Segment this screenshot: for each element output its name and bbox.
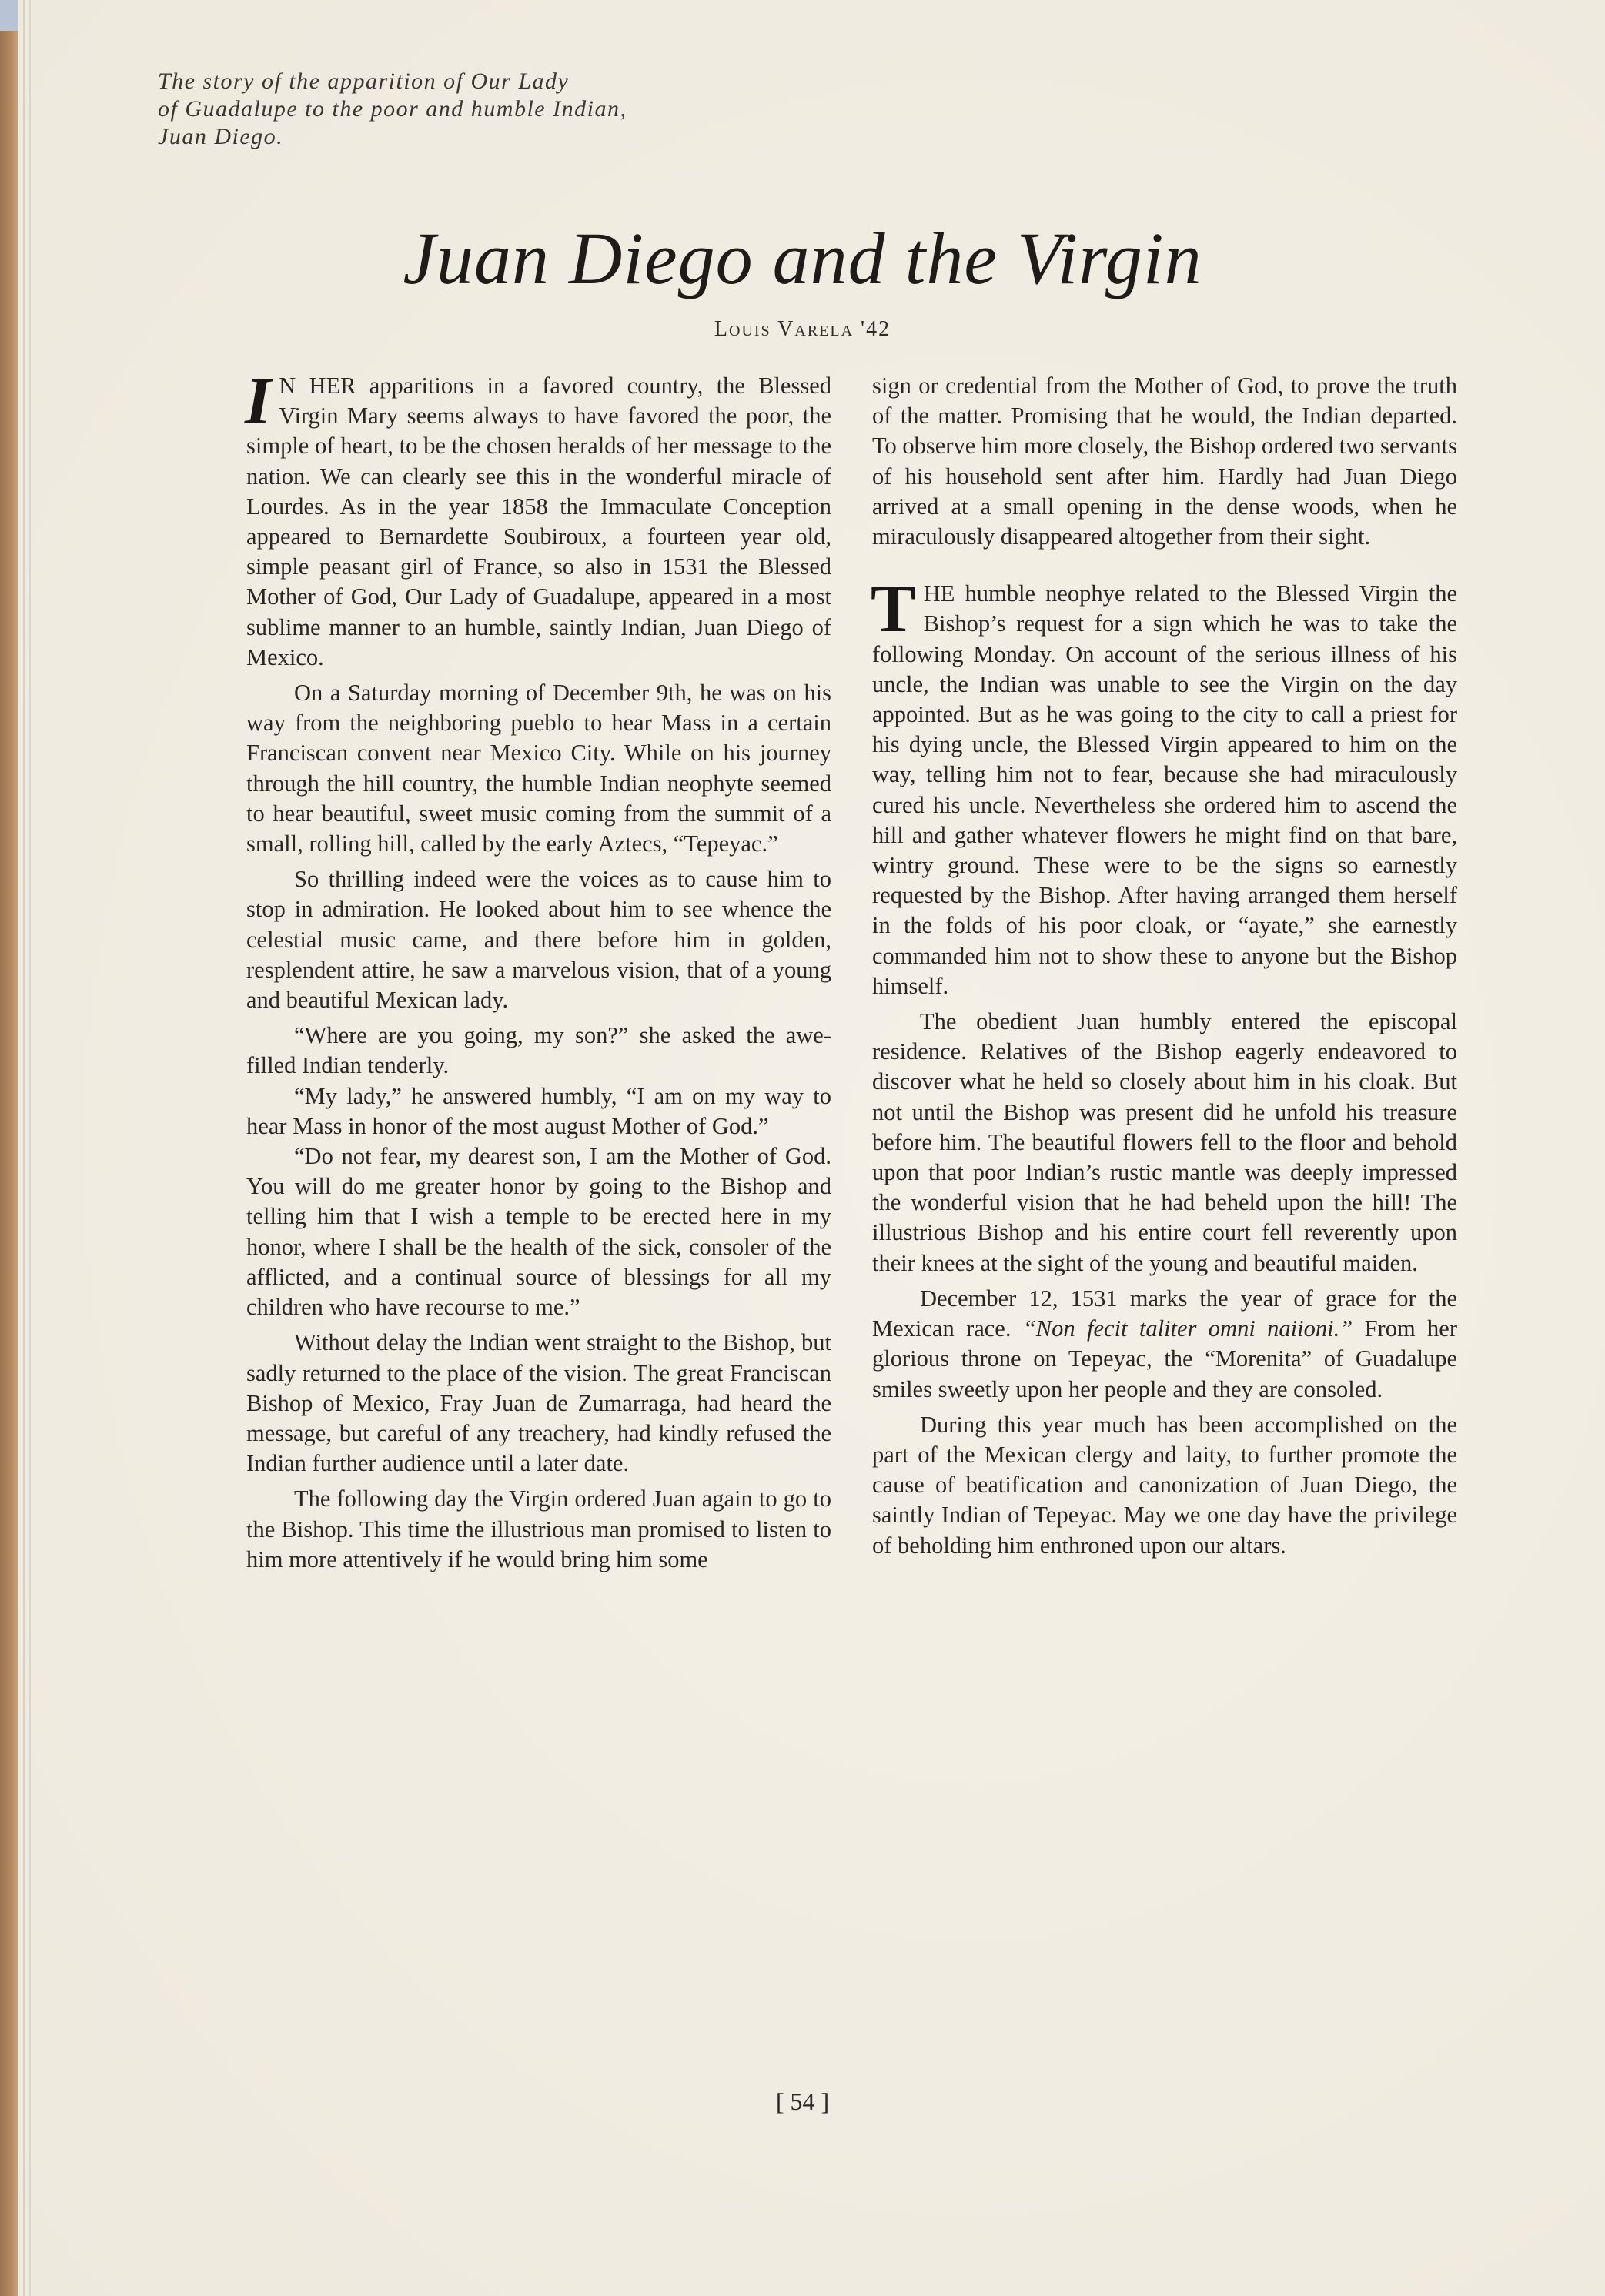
paragraph-text: apparitions in a favored country, the Bl… (246, 373, 831, 670)
paragraph: “Where are you going, my son?” she asked… (246, 1021, 831, 1081)
paragraph: The obedient Juan humbly entered the epi… (872, 1007, 1457, 1278)
deck-line: The story of the apparition of Our Lady (158, 68, 697, 95)
article-title: Juan Diego and the Virgin (0, 216, 1605, 301)
paragraph: “Do not fear, my dearest son, I am the M… (246, 1141, 831, 1322)
paragraph: So thrilling indeed were the voices as t… (246, 864, 831, 1015)
book-binding-edge (0, 0, 18, 2296)
paragraph: The following day the Virgin ordered Jua… (246, 1484, 831, 1575)
latin-quote: “Non fecit taliter omni naiioni.” (1023, 1315, 1353, 1342)
drop-cap: T (871, 582, 916, 637)
paragraph: sign or credential from the Mother of Go… (872, 371, 1457, 552)
binding-corner (0, 0, 18, 31)
deck-line: of Guadalupe to the poor and humble Indi… (158, 95, 697, 123)
paragraph: “My lady,” he answered humbly, “I am on … (246, 1081, 831, 1141)
paragraph: December 12, 1531 marks the year of grac… (872, 1284, 1457, 1405)
paragraph: Without delay the Indian went straight t… (246, 1328, 831, 1479)
section-break (872, 557, 1457, 579)
article-deck: The story of the apparition of Our Lady … (158, 68, 697, 151)
left-column: IN HER apparitions in a favored country,… (246, 371, 831, 1580)
deck-line: Juan Diego. (158, 123, 697, 151)
right-column: sign or credential from the Mother of Go… (872, 371, 1457, 1566)
paragraph: IN HER apparitions in a favored country,… (246, 371, 831, 673)
page-number: [ 54 ] (0, 2087, 1605, 2116)
paragraph-text: humble neophye related to the Blessed Vi… (872, 580, 1457, 999)
drop-cap: I (245, 374, 271, 429)
lead-in: HE (924, 580, 955, 607)
page-gutter-edge (23, 0, 31, 2296)
lead-in: N HER (279, 373, 356, 399)
article-byline: Louis Varela '42 (0, 317, 1605, 342)
paragraph: During this year much has been accomplis… (872, 1410, 1457, 1561)
paragraph: THE humble neophye related to the Blesse… (872, 579, 1457, 1001)
paragraph: On a Saturday morning of December 9th, h… (246, 678, 831, 859)
